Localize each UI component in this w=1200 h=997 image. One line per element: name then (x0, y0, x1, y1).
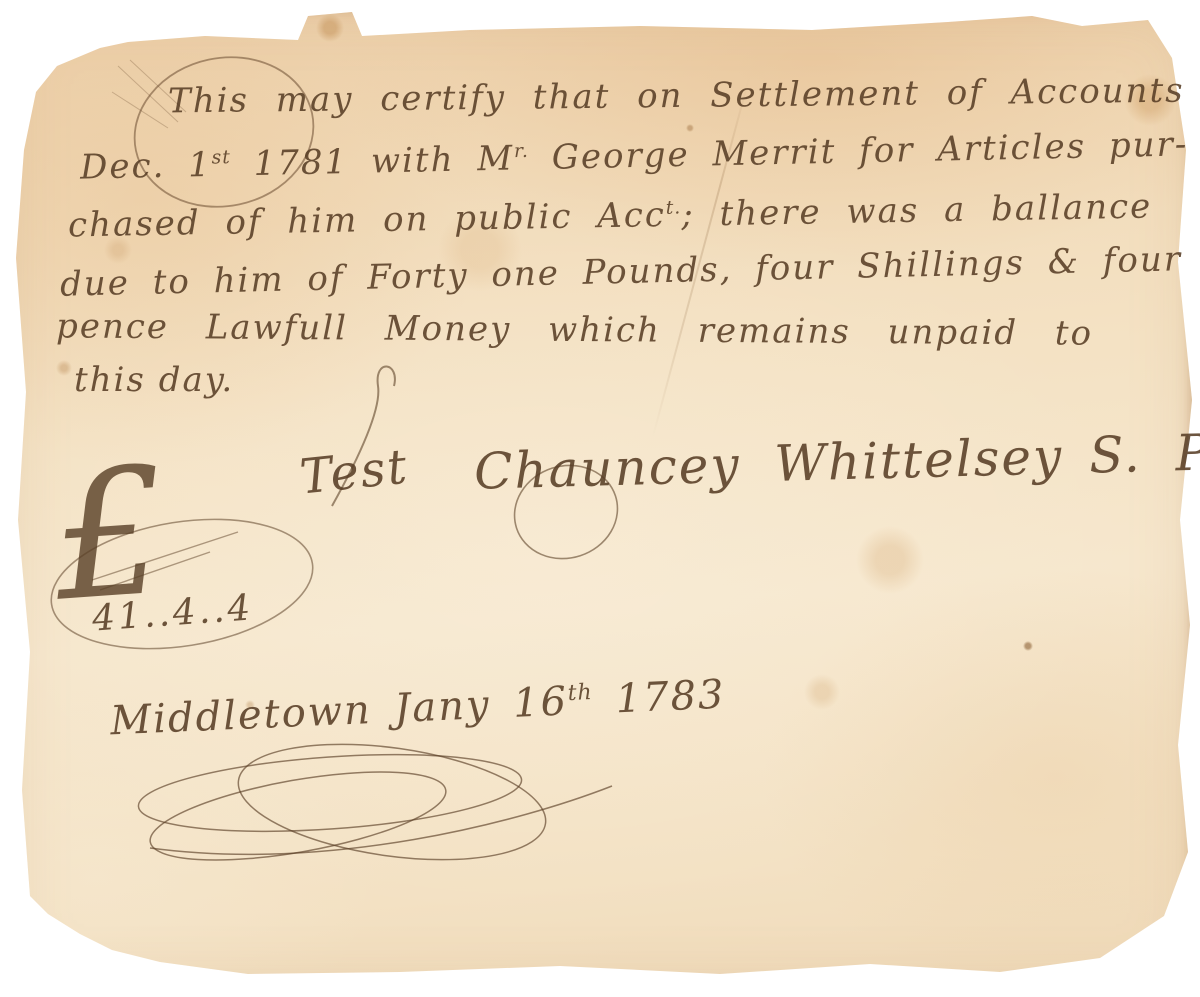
dateline-text: 1783 (592, 672, 726, 724)
line2-text: Dec. 1 (80, 145, 212, 188)
superscript-st: st (211, 147, 231, 168)
line3-text: ; there was a ballance (681, 187, 1153, 235)
signature-suffix: S. P. (1088, 423, 1200, 484)
certificate-line-6: this day. (74, 360, 234, 401)
certificate-line-5: pence Lawfull Money which remains unpaid… (56, 306, 1093, 354)
scanned-document: This may certify that on Settlement of A… (0, 0, 1200, 997)
line2-text: 1781 with M (230, 139, 514, 185)
superscript-th: th (567, 680, 593, 706)
superscript-t: t. (666, 197, 682, 218)
superscript-r: r. (514, 141, 529, 162)
attestation-test-label: Test (297, 438, 411, 507)
